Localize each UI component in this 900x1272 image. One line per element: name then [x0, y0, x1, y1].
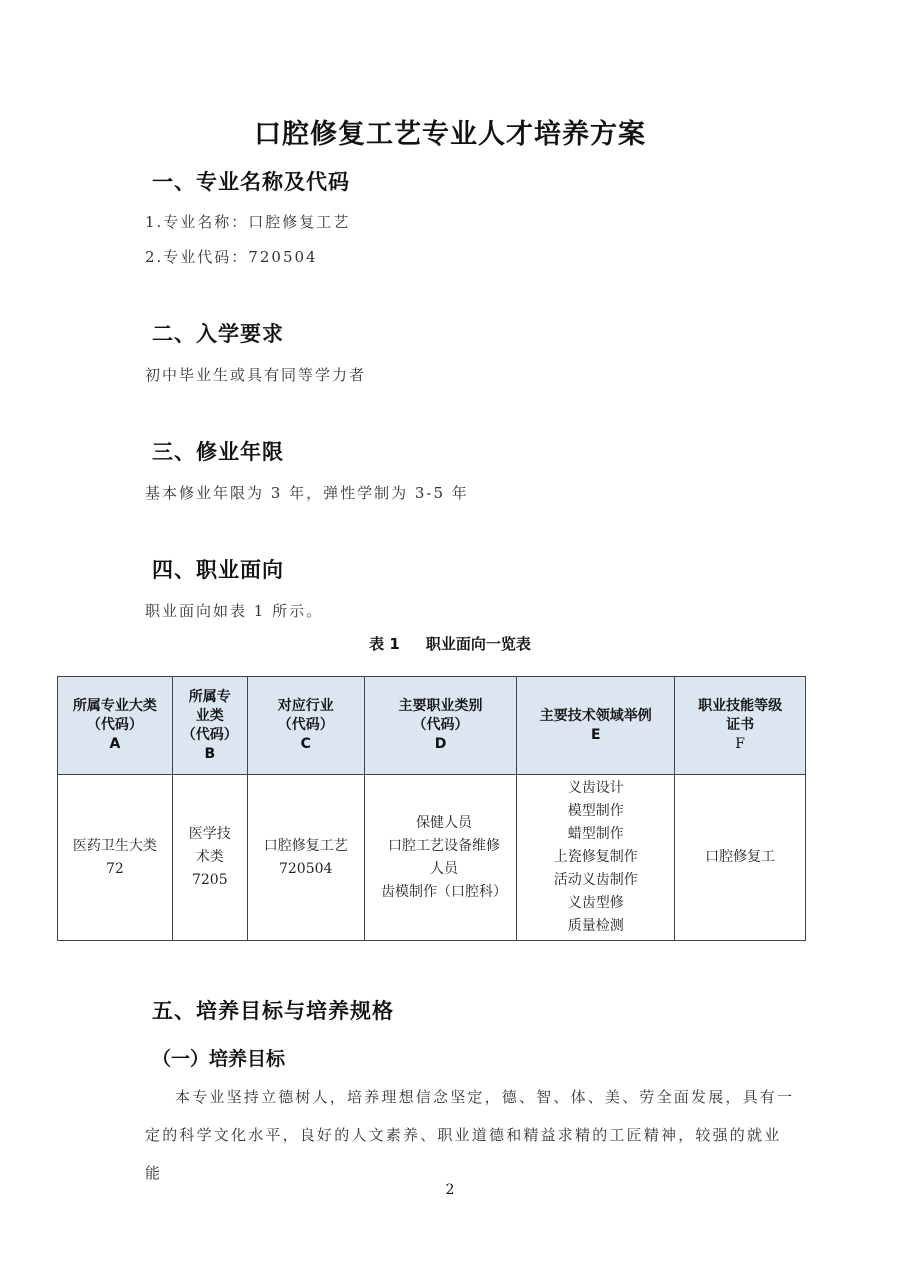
cell-skill-certificate: 口腔修复工 [675, 775, 806, 941]
major-code-line: 2.专业代码：720504 [145, 246, 318, 267]
header-major-category: 所属专业大类 （代码） A [58, 677, 173, 775]
document-page: 口腔修复工艺专业人才培养方案 一、专业名称及代码 1.专业名称：口腔修复工艺 2… [0, 0, 900, 1272]
cell-major-category: 医药卫生大类 72 [58, 775, 173, 941]
header-industry: 对应行业 （代码） C [247, 677, 364, 775]
training-goal-paragraph-line-2: 定的科学文化水平，良好的人文素养、职业道德和精益求精的工匠精神，较强的就业能 [145, 1116, 795, 1192]
header-occupation-category: 主要职业类别 （代码） D [364, 677, 517, 775]
career-orientation-intro: 职业面向如表 1 所示。 [145, 600, 323, 621]
admission-requirement-line: 初中毕业生或具有同等学力者 [145, 364, 366, 385]
major-name-line: 1.专业名称：口腔修复工艺 [145, 211, 350, 232]
header-technical-fields: 主要技术领域举例 E [517, 677, 675, 775]
document-title: 口腔修复工艺专业人才培养方案 [0, 112, 900, 151]
header-skill-certificate: 职业技能等级 证书 F [675, 677, 806, 775]
career-orientation-table: 所属专业大类 （代码） A 所属专 业类 （代码） B 对应行业 （代码） C … [57, 676, 806, 941]
cell-technical-fields: 义齿设计 模型制作 蜡型制作 上瓷修复制作 活动义齿制作 义齿型修 质量检测 [517, 775, 675, 941]
section-heading-3: 三、修业年限 [152, 436, 284, 466]
section-heading-5: 五、培养目标与培养规格 [152, 995, 394, 1025]
subsection-heading-training-goal: （一）培养目标 [152, 1044, 285, 1071]
page-number: 2 [0, 1182, 900, 1198]
cell-major-class: 医学技 术类 7205 [172, 775, 247, 941]
cell-industry: 口腔修复工艺 720504 [247, 775, 364, 941]
table-caption-label: 表 1 [369, 635, 400, 653]
table-caption: 表 1职业面向一览表 [0, 633, 900, 654]
header-major-class: 所属专 业类 （代码） B [172, 677, 247, 775]
section-heading-4: 四、职业面向 [152, 554, 284, 584]
table-caption-title: 职业面向一览表 [426, 635, 531, 653]
section-heading-2: 二、入学要求 [152, 318, 284, 348]
study-duration-line: 基本修业年限为 3 年，弹性学制为 3-5 年 [145, 482, 469, 503]
cell-occupation-category: 保健人员 口腔工艺设备维修 人员 齿模制作（口腔科） [364, 775, 517, 941]
table-header-row: 所属专业大类 （代码） A 所属专 业类 （代码） B 对应行业 （代码） C … [58, 677, 806, 775]
section-heading-1: 一、专业名称及代码 [152, 166, 350, 196]
training-goal-paragraph-line-1: 本专业坚持立德树人，培养理想信念坚定，德、智、体、美、劳全面发展，具有一 [145, 1078, 795, 1116]
table-row: 医药卫生大类 72 医学技 术类 7205 口腔修复工艺 720504 保健人员… [58, 775, 806, 941]
